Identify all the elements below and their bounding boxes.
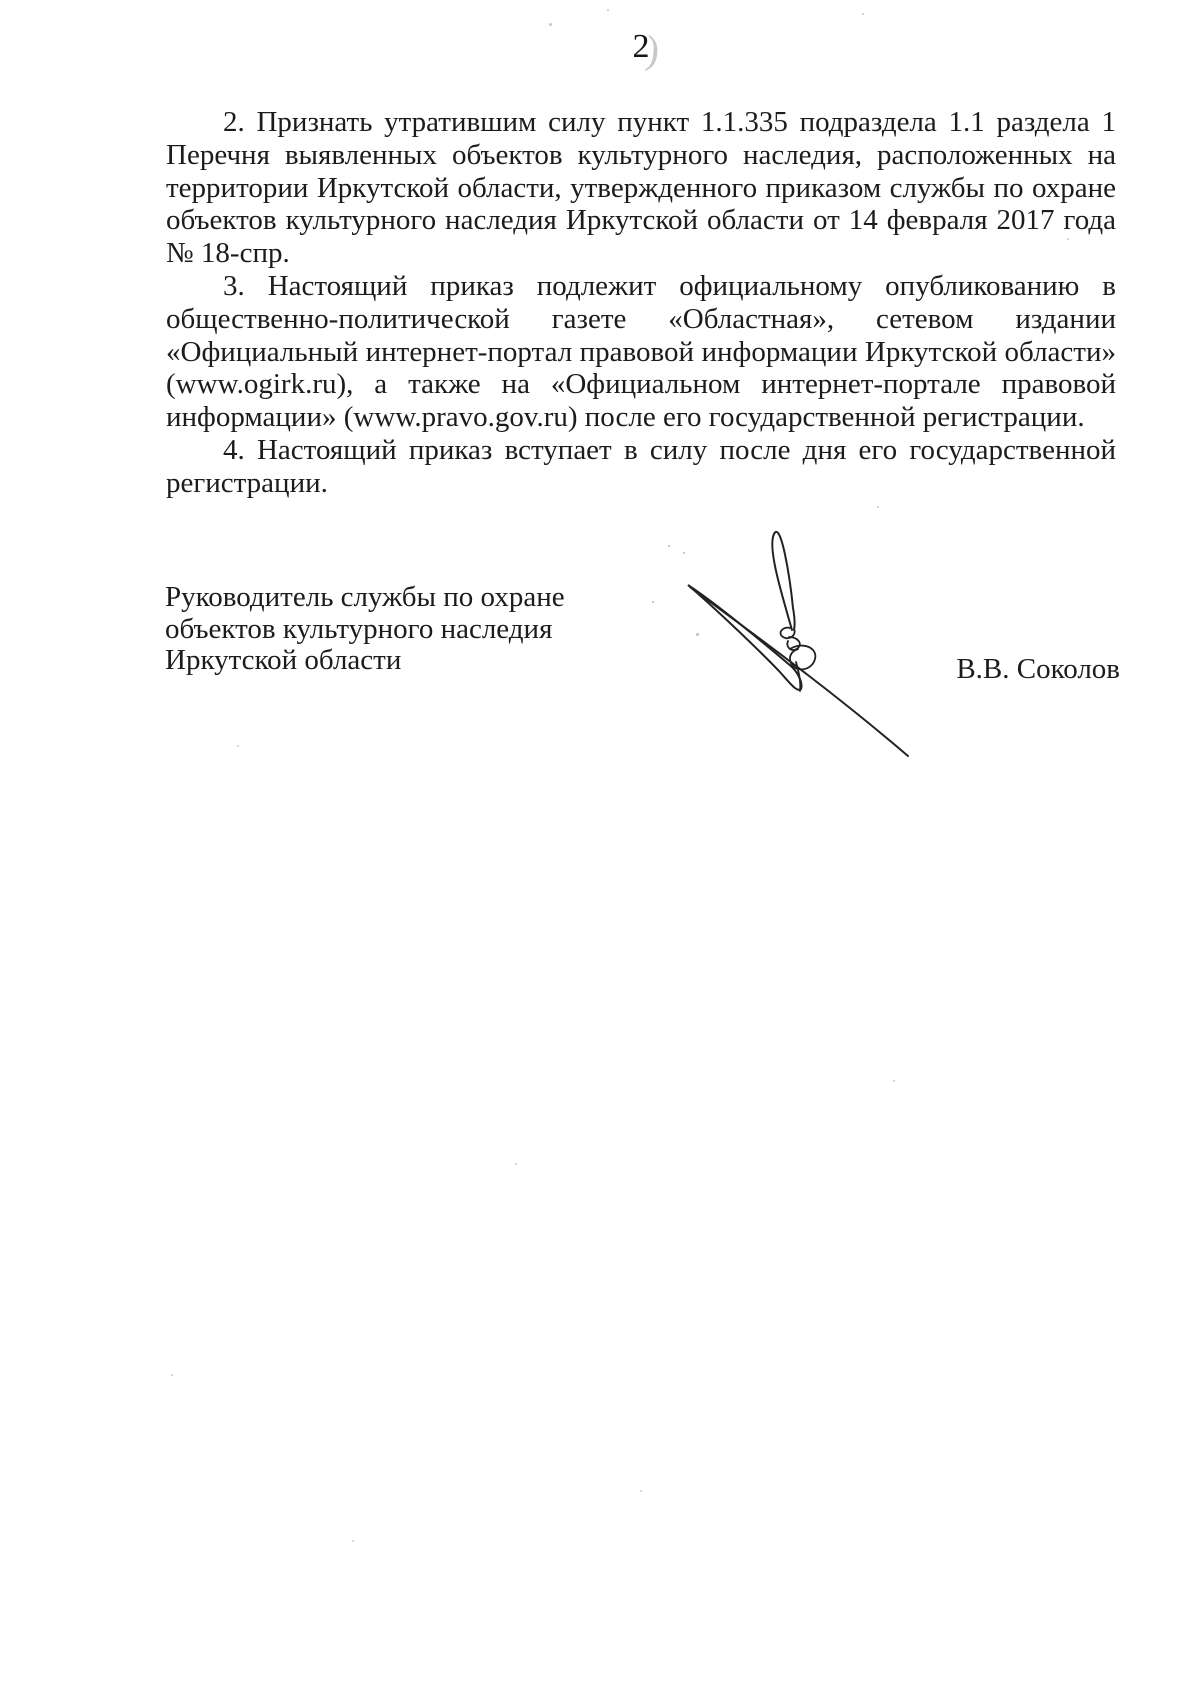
document-body: 2. Признать утратившим силу пункт 1.1.33… xyxy=(166,106,1116,500)
signatory-title-line: Руководитель службы по охране xyxy=(165,582,565,614)
scan-speckle xyxy=(352,1540,354,1542)
scan-speckle xyxy=(696,633,699,636)
handwritten-signature-icon xyxy=(640,510,920,770)
paragraph-2-line: территории Иркутской области, утвержденн… xyxy=(166,172,1116,205)
paragraph-2-line: № 18-спр. xyxy=(166,237,1116,270)
paragraph-4-line: 4. Настоящий приказ вступает в силу посл… xyxy=(166,434,1116,467)
scan-speckle xyxy=(171,1374,173,1376)
document-page: 2 ) 2. Признать утратившим силу пункт 1.… xyxy=(0,0,1200,1697)
paragraph-3-line: «Официальный интернет-портал правовой ин… xyxy=(166,336,1116,369)
paragraph-4-line: регистрации. xyxy=(166,467,1116,500)
paragraph-2-line: Перечня выявленных объектов культурного … xyxy=(166,139,1116,172)
scan-speckle xyxy=(668,545,670,547)
scan-speckle xyxy=(237,745,239,747)
scan-speckle xyxy=(1067,238,1069,240)
signatory-name: В.В. Соколов xyxy=(956,654,1120,685)
page-number: 2 xyxy=(166,28,1116,66)
paragraph-3-line: общественно-политической газете «Областн… xyxy=(166,303,1116,336)
signatory-title-line: объектов культурного наследия xyxy=(165,614,565,646)
paragraph-3-line: 3. Настоящий приказ подлежит официальном… xyxy=(166,270,1116,303)
scan-speckle xyxy=(877,506,879,508)
scan-speckle xyxy=(607,9,609,11)
paragraph-3-line: информации» (www.pravo.gov.ru) после его… xyxy=(166,401,1116,434)
paragraph-3-line: (www.ogirk.ru), а также на «Официальном … xyxy=(166,368,1116,401)
scan-speckle xyxy=(841,380,843,382)
scan-speckle xyxy=(640,1490,642,1492)
paragraph-2-line: объектов культурного наследия Иркутской … xyxy=(166,204,1116,237)
scan-speckle xyxy=(683,552,685,554)
scan-speckle xyxy=(549,23,552,26)
scan-speckle xyxy=(893,1080,895,1082)
scan-speckle xyxy=(515,1163,517,1165)
paragraph-2-line: 2. Признать утратившим силу пункт 1.1.33… xyxy=(166,106,1116,139)
signatory-position-title: Руководитель службы по охране объектов к… xyxy=(165,582,565,677)
scan-speckle xyxy=(652,601,654,603)
signatory-title-line: Иркутской области xyxy=(165,645,565,677)
scan-speckle xyxy=(862,13,864,15)
